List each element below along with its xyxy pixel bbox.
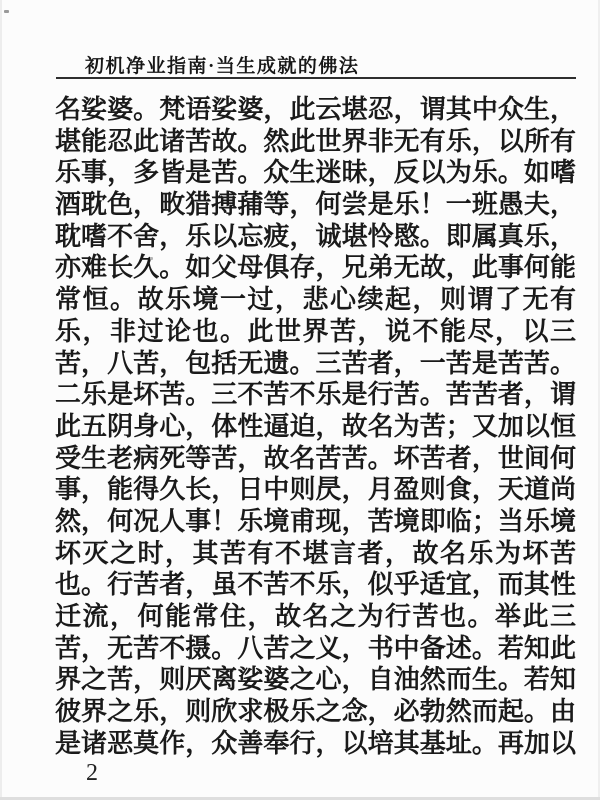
text-line: 名娑婆。梵语娑婆，此云堪忍，谓其中众生， <box>55 94 576 126</box>
scan-artifact <box>4 10 9 13</box>
text-line: 亦难长久。如父母俱存，兄弟无故，此事何能 <box>55 252 576 284</box>
body-text: 名娑婆。梵语娑婆，此云堪忍，谓其中众生，堪能忍此诸苦故。然此世界非无有乐，以所有… <box>55 94 576 759</box>
text-line: 彼界之乐，则欣求极乐之念，必勃然而起。由 <box>55 696 576 728</box>
text-line: 苦，无苦不摄。八苦之义，书中备述。若知此 <box>55 633 576 665</box>
text-line: 酒耽色，畋猎搏蒱等，何尝是乐！一班愚夫， <box>55 189 576 221</box>
text-line: 苦，八苦，包括无遗。三苦者，一苦是苦苦。 <box>55 348 576 380</box>
scan-edge-left <box>0 0 2 800</box>
text-line: 常恒。故乐境一过，悲心续起，则谓了无有 <box>55 284 576 316</box>
text-line: 也。行苦者，虽不苦不乐，似乎适宜，而其性 <box>55 569 576 601</box>
text-line: 然，何况人事！乐境甫现，苦境即临；当乐境 <box>55 506 576 538</box>
text-line: 受生老病死等苦，故名苦苦。坏苦者，世间何 <box>55 443 576 475</box>
text-line: 堪能忍此诸苦故。然此世界非无有乐，以所有 <box>55 126 576 158</box>
text-line: 事，能得久长，日中则昃，月盈则食，天道尚 <box>55 474 576 506</box>
running-header-title: 初机净业指南·当生成就的佛法 <box>85 51 359 78</box>
text-line: 此五阴身心，体性逼迫，故名为苦；又加以恒 <box>55 411 576 443</box>
text-line: 乐，非过论也。此世界苦，说不能尽，以三 <box>55 316 576 348</box>
scan-artifact <box>150 257 153 260</box>
scanned-book-page: 初机净业指南·当生成就的佛法 名娑婆。梵语娑婆，此云堪忍，谓其中众生，堪能忍此诸… <box>0 0 600 800</box>
text-line: 界之苦，则厌离娑婆之心，自油然而生。若知 <box>55 664 576 696</box>
page-number: 2 <box>86 760 98 787</box>
text-line: 坏灭之时，其苦有不堪言者，故名乐为坏苦 <box>55 538 576 570</box>
text-line: 乐事，多皆是苦。众生迷昧，反以为乐。如嗜 <box>55 157 576 189</box>
text-line: 是诸恶莫作，众善奉行，以培其基址。再加以 <box>55 728 576 760</box>
header-rule <box>56 77 576 79</box>
text-line: 二乐是坏苦。三不苦不乐是行苦。苦苦者，谓 <box>55 379 576 411</box>
text-line: 耽嗜不舍，乐以忘疲，诚堪怜愍。即属真乐， <box>55 221 576 253</box>
text-line: 迁流，何能常住，故名之为行苦也。举此三 <box>55 601 576 633</box>
